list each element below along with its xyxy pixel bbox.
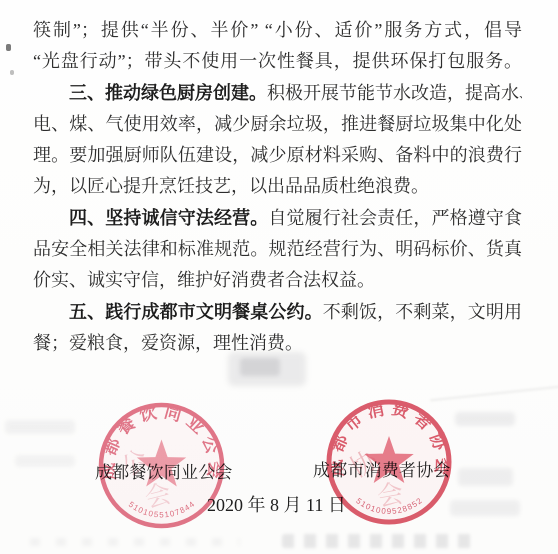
line-text: 价实、诚实守信，维护好消费者合法权益。: [33, 270, 375, 290]
line-text: 自觉履行社会责任，严格遵守食: [268, 208, 522, 228]
text-line: 为，以匠心提升烹饪技艺，以出品品质杜绝浪费。: [33, 171, 522, 202]
line-text: 不剩饭，不剩菜，文明用: [323, 302, 522, 322]
text-line: 品安全相关法律和标准规范。规范经营行为、明码标价、货真: [33, 234, 522, 265]
text-line-section-4: 四、坚持诚信守法经营。自觉履行社会责任，严格遵守食: [33, 203, 522, 234]
line-text: 品安全相关法律和标准规范。规范经营行为、明码标价、货真: [33, 239, 522, 259]
right-official-seal-icon: 成都市消费者协会 5101009528852 协 会: [323, 396, 455, 528]
bleed-through-smudge: [455, 412, 515, 426]
bleed-through-smudge: [15, 455, 75, 467]
text-line: 筷制”；提供“半份、半价” “小份、适价”服务方式，倡导: [33, 15, 522, 46]
bleed-through-smudge: [458, 468, 513, 486]
text-line: 理。要加强厨师队伍建设，减少原材料采购、备料中的浪费行: [33, 140, 522, 171]
bleed-through-smudge: [450, 500, 520, 516]
text-line-section-3: 三、推动绿色厨房创建。积极开展节能节水改造，提高水、: [33, 78, 522, 109]
document-body-text: 筷制”；提供“半份、半价” “小份、适价”服务方式，倡导 “光盘行动”；带头不使…: [33, 15, 522, 359]
line-text: 餐；爱粮食，爱资源，理性消费。: [33, 333, 303, 353]
section-heading: 五、践行成都市文明餐桌公约。: [69, 302, 323, 322]
line-text: “光盘行动”；带头不使用一次性餐具，提供环保打包服务。: [33, 51, 522, 71]
text-line: 电、煤、气使用效率，减少厨余垃圾，推进餐厨垃圾集中化处: [33, 109, 522, 140]
bleed-through-text-marks: [30, 538, 240, 546]
ink-speck: [6, 44, 11, 51]
scanned-document-page: 筷制”；提供“半份、半价” “小份、适价”服务方式，倡导 “光盘行动”；带头不使…: [0, 0, 558, 554]
bleed-through-smudge: [5, 420, 75, 434]
section-heading: 三、推动绿色厨房创建。: [69, 83, 267, 103]
seal-ghost-char: 会: [375, 479, 406, 512]
section-heading: 四、坚持诚信守法经营。: [69, 208, 268, 228]
text-line: 餐；爱粮食，爱资源，理性消费。: [33, 328, 522, 359]
line-text: 理。要加强厨师队伍建设，减少原材料采购、备料中的浪费行: [33, 145, 522, 165]
ink-speck: [10, 70, 14, 75]
text-line-section-5: 五、践行成都市文明餐桌公约。不剩饭，不剩菜，文明用: [33, 297, 522, 328]
line-text: 筷制”；提供“半份、半价” “小份、适价”服务方式，倡导: [33, 20, 522, 40]
text-line: “光盘行动”；带头不使用一次性餐具，提供环保打包服务。: [33, 46, 522, 77]
line-text: 电、煤、气使用效率，减少厨余垃圾，推进餐厨垃圾集中化处: [33, 114, 522, 134]
bleed-through-text-marks: [282, 534, 472, 548]
bleed-through-smudge: [240, 358, 280, 376]
line-text: 积极开展节能节水改造，提高水、: [267, 83, 522, 103]
left-official-seal-icon: 成都餐饮同业公会 5101055107844 公 会: [95, 399, 228, 532]
text-line: 价实、诚实守信，维护好消费者合法权益。: [33, 265, 522, 296]
line-text: 为，以匠心提升烹饪技艺，以出品品质杜绝浪费。: [33, 176, 429, 196]
